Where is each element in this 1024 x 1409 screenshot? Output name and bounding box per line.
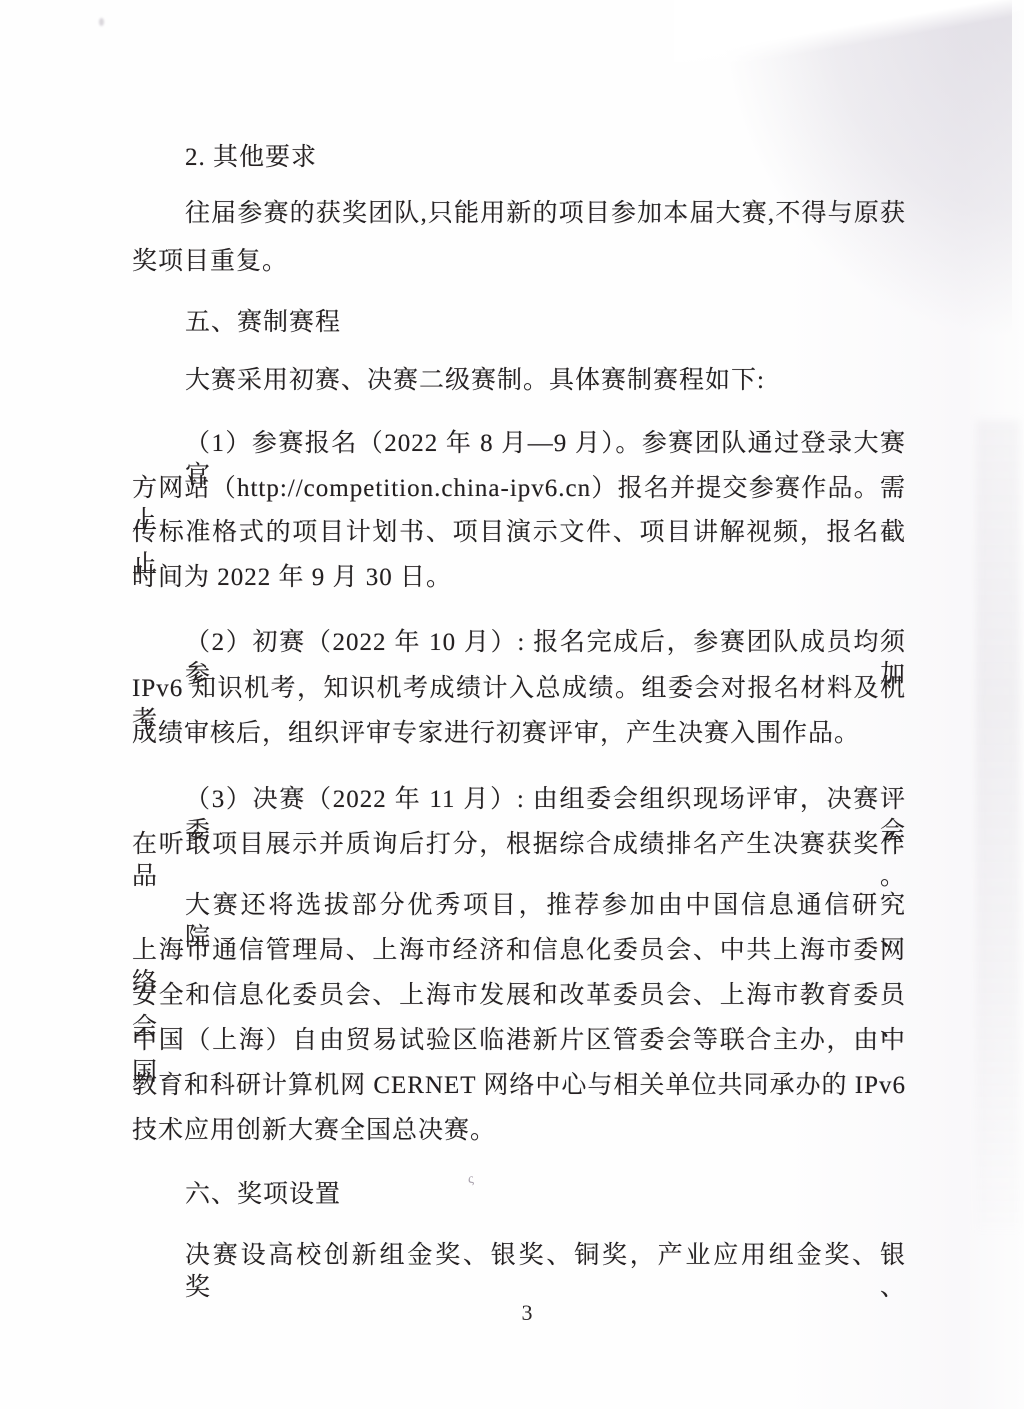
paragraph-line: 在听取项目展示并质询后打分，根据综合成绩排名产生决赛获奖作品。 bbox=[132, 829, 906, 861]
paragraph-line: 决赛设高校创新组金奖、银奖、铜奖，产业应用组金奖、银奖、 bbox=[185, 1240, 906, 1272]
subheading-other-requirements: 2. 其他要求 bbox=[185, 142, 317, 174]
paragraph-line: （3）决赛（2022 年 11 月）: 由组委会组织现场评审，决赛评委会 bbox=[185, 784, 906, 816]
paragraph-line: 传标准格式的项目计划书、项目演示文件、项目讲解视频，报名截止 bbox=[132, 517, 906, 549]
scanned-document-page: ς 2. 其他要求 往届参赛的获奖团队,只能用新的项目参加本届大赛,不得与原获 … bbox=[0, 0, 1024, 1409]
scan-stray-mark: ς bbox=[467, 1172, 475, 1189]
page-number: 3 bbox=[15, 1300, 1024, 1326]
paragraph-line: 安全和信息化委员会、上海市发展和改革委员会、上海市教育委员会、 bbox=[132, 980, 906, 1012]
paragraph-line: 时间为 2022 年 9 月 30 日。 bbox=[132, 562, 452, 594]
paragraph-line: （2）初赛（2022 年 10 月）: 报名完成后，参赛团队成员均须参加 bbox=[185, 627, 906, 659]
paragraph-line: 教育和科研计算机网 CERNET 网络中心与相关单位共同承办的 IPv6 bbox=[132, 1070, 906, 1102]
paragraph-line: 往届参赛的获奖团队,只能用新的项目参加本届大赛,不得与原获 bbox=[185, 198, 906, 230]
paragraph-line: 奖项目重复。 bbox=[132, 246, 288, 278]
scan-page-corner-wedge bbox=[674, 0, 1024, 62]
section-heading-six: 六、奖项设置 bbox=[185, 1179, 341, 1211]
paragraph-line: IPv6 知识机考，知识机考成绩计入总成绩。组委会对报名材料及机考 bbox=[132, 673, 906, 705]
paragraph-line: 大赛还将选拔部分优秀项目，推荐参加由中国信息通信研究院、 bbox=[185, 890, 906, 922]
section-heading-five: 五、赛制赛程 bbox=[185, 307, 341, 339]
scan-speck bbox=[99, 18, 104, 26]
paragraph-line: 中国（上海）自由贸易试验区临港新片区管委会等联合主办，由中国 bbox=[132, 1025, 906, 1057]
paragraph-line: （1）参赛报名（2022 年 8 月—9 月）。参赛团队通过登录大赛官 bbox=[185, 428, 906, 460]
paragraph-line: 成绩审核后，组织评审专家进行初赛评审，产生决赛入围作品。 bbox=[132, 718, 860, 750]
paragraph-line: 方网站（http://competition.china-ipv6.cn）报名并… bbox=[132, 473, 906, 505]
paragraph-line: 技术应用创新大赛全国总决赛。 bbox=[132, 1115, 496, 1147]
scan-shadow-right-band bbox=[976, 420, 1020, 1230]
paragraph-line: 大赛采用初赛、决赛二级赛制。具体赛制赛程如下: bbox=[185, 365, 765, 397]
paragraph-line: 上海市通信管理局、上海市经济和信息化委员会、中共上海市委网络 bbox=[132, 935, 906, 967]
